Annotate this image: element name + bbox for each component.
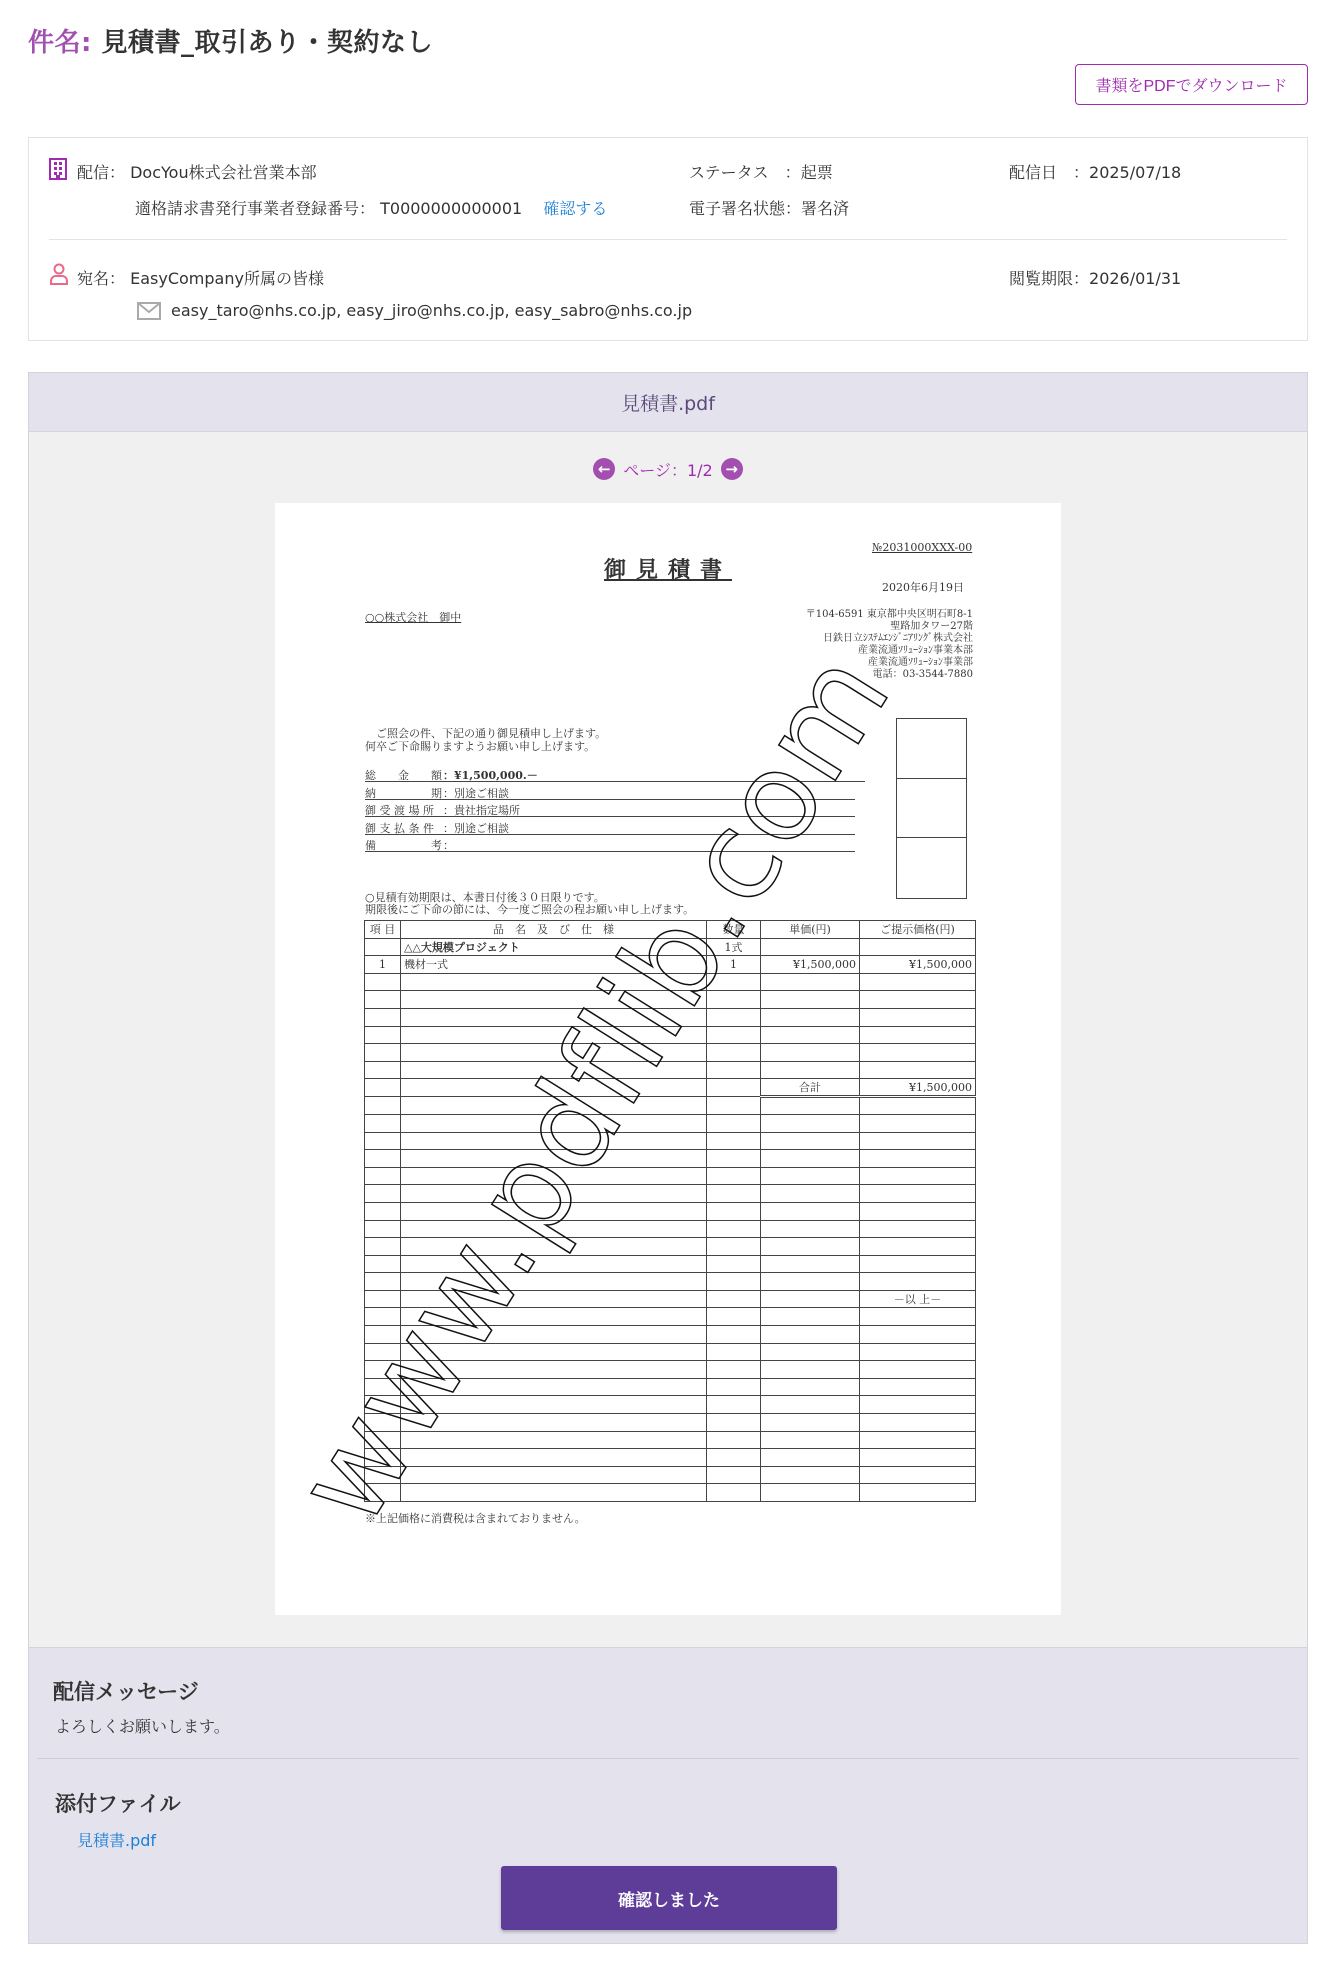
table-cell (761, 1449, 860, 1467)
status-label: ステータス ： (689, 163, 801, 182)
table-cell (401, 1220, 707, 1238)
intro-line: ご照会の件、下記の通り御見積申し上げます。 (365, 727, 606, 740)
table-row (365, 1396, 976, 1414)
esign-row: 電子署名状態：署名済 (689, 196, 849, 219)
table-cell (761, 973, 860, 991)
table-row (365, 1167, 976, 1185)
table-cell (707, 1449, 761, 1467)
table-cell (365, 1185, 401, 1203)
table-cell (860, 1167, 976, 1185)
table-cell (365, 1008, 401, 1026)
table-cell (860, 1308, 976, 1326)
table-cell (860, 1466, 976, 1484)
table-cell (365, 938, 401, 956)
table-row (365, 1326, 976, 1344)
table-cell (707, 1378, 761, 1396)
table-cell (761, 1361, 860, 1379)
table-cell (860, 1273, 976, 1291)
table-cell: △△大規模プロジェクト (401, 938, 707, 956)
download-pdf-button[interactable]: 書類をPDFでダウンロード (1075, 64, 1308, 105)
table-cell (707, 1026, 761, 1044)
table-cell (761, 1008, 860, 1026)
table-cell (365, 1484, 401, 1502)
table-cell (761, 1326, 860, 1344)
table-cell (365, 1414, 401, 1432)
table-cell (707, 1343, 761, 1361)
table-cell (860, 1132, 976, 1150)
table-cell (365, 1290, 401, 1308)
table-cell (365, 1308, 401, 1326)
delivery-info-card: 配信： DocYou株式会社営業本部 適格請求書発行事業者登録番号： T0000… (28, 137, 1308, 341)
table-row (365, 1114, 976, 1132)
table-cell (860, 1431, 976, 1449)
doc-addressee: ○○株式会社 御中 (365, 609, 461, 625)
delivery-date-value: 2025/07/18 (1089, 163, 1181, 182)
sender-label: 配信： (77, 163, 125, 182)
table-cell (860, 1326, 976, 1344)
table-cell (761, 1255, 860, 1273)
invoice-registration-row: 適格請求書発行事業者登録番号： T0000000000001 確認する (135, 196, 607, 219)
table-cell (761, 1185, 860, 1203)
table-cell (401, 1202, 707, 1220)
table-cell (761, 1026, 860, 1044)
issuer-line: 産業流通ｿﾘｭｰｼｮﾝ事業部 (806, 657, 973, 669)
table-cell (707, 1061, 761, 1079)
issuer-line: 〒104-6591 東京都中央区明石町8-1 (806, 609, 973, 621)
table-cell (860, 1026, 976, 1044)
term-underline (365, 834, 855, 835)
table-cell (707, 973, 761, 991)
table-cell (401, 1449, 707, 1467)
table-row (365, 1414, 976, 1432)
doc-date: 2020年6月19日 (882, 579, 964, 595)
table-cell (860, 1008, 976, 1026)
table-cell (761, 1097, 860, 1115)
prev-page-icon[interactable]: ← (593, 458, 615, 480)
table-cell: 1式 (707, 938, 761, 956)
building-icon (49, 158, 67, 180)
table-cell (761, 1396, 860, 1414)
table-cell (401, 973, 707, 991)
table-cell (761, 1343, 860, 1361)
page-title: 件名: 見積書_取引あり・契約なし (28, 22, 433, 59)
table-cell (761, 1466, 860, 1484)
table-row (365, 1343, 976, 1361)
confirm-button[interactable]: 確認しました (501, 1866, 837, 1930)
table-row (365, 1273, 976, 1291)
table-cell: 項 目 (365, 921, 401, 939)
esign-label: 電子署名状態： (689, 199, 801, 218)
table-cell: －以 上－ (860, 1290, 976, 1308)
table-cell (365, 1466, 401, 1484)
validity-text: ○見積有効期限は、本書日付後３０日限りです。期限後にご下命の節には、今一度ご照会… (365, 892, 694, 916)
intro-text: ご照会の件、下記の通り御見積申し上げます。何卒ご下命賜りますようお願い申し上げま… (365, 727, 606, 753)
table-row (365, 1484, 976, 1502)
table-cell (365, 1361, 401, 1379)
table-row (365, 973, 976, 991)
table-cell (401, 1273, 707, 1291)
table-cell (401, 1484, 707, 1502)
table-cell (761, 1431, 860, 1449)
table-cell (365, 1238, 401, 1256)
table-cell (707, 1238, 761, 1256)
table-cell (707, 1167, 761, 1185)
table-cell (860, 1414, 976, 1432)
table-cell (860, 1044, 976, 1062)
issuer-line: 日鉄日立ｼｽﾃﾑｴﾝｼﾞﾆｱﾘﾝｸﾞ株式会社 (806, 633, 973, 645)
table-cell (365, 1378, 401, 1396)
view-limit-label: 閲覧期限： (1009, 269, 1089, 288)
table-row (365, 1185, 976, 1203)
table-cell (365, 1202, 401, 1220)
table-cell (707, 1097, 761, 1115)
table-cell (365, 1150, 401, 1168)
table-cell (707, 1326, 761, 1344)
recipient-name: EasyCompany所属の皆様 (130, 269, 324, 288)
table-cell (401, 1378, 707, 1396)
table-row (365, 1255, 976, 1273)
message-body: よろしくお願いします。 (55, 1714, 230, 1737)
table-cell (707, 1114, 761, 1132)
table-cell: 1 (365, 956, 401, 974)
table-cell (401, 1097, 707, 1115)
sender-name: DocYou株式会社営業本部 (130, 163, 317, 182)
table-cell: 1 (707, 956, 761, 974)
status-value: 起票 (801, 163, 833, 182)
next-page-icon[interactable]: → (721, 458, 743, 480)
delivery-date-row: 配信日 ：2025/07/18 (1009, 160, 1181, 183)
pdf-viewer: 見積書.pdf ← ページ：1/2 → №2031000XXX-00 御見積書 … (28, 372, 1308, 1944)
table-cell (761, 1273, 860, 1291)
page-indicator: ページ：1/2 (623, 458, 712, 481)
table-cell (761, 1061, 860, 1079)
table-cell (707, 1202, 761, 1220)
table-cell (401, 1414, 707, 1432)
table-cell (401, 1238, 707, 1256)
doc-title: 御見積書 (604, 553, 732, 584)
table-cell (365, 1044, 401, 1062)
table-cell (401, 1167, 707, 1185)
table-cell (761, 1220, 860, 1238)
table-cell (761, 1290, 860, 1308)
table-row (365, 1132, 976, 1150)
table-cell (401, 1326, 707, 1344)
table-row: 合計¥1,500,000 (365, 1079, 976, 1097)
esign-value: 署名済 (801, 199, 849, 218)
table-cell (365, 973, 401, 991)
table-cell (401, 1150, 707, 1168)
table-row (365, 1044, 976, 1062)
tax-note: ※上記価格に消費税は含まれておりません。 (365, 1510, 586, 1526)
term-underline (365, 851, 855, 852)
table-cell: 数量 (707, 921, 761, 939)
table-row (365, 1431, 976, 1449)
table-cell (761, 1044, 860, 1062)
doc-number: №2031000XXX-00 (872, 541, 972, 554)
table-row (365, 1220, 976, 1238)
person-icon (49, 263, 69, 285)
table-cell (401, 1308, 707, 1326)
delivery-date-label: 配信日 ： (1009, 163, 1089, 182)
status-row: ステータス ：起票 (689, 160, 833, 183)
attachments-title: 添付ファイル (55, 1788, 181, 1818)
table-cell (401, 1079, 707, 1097)
table-cell (365, 1396, 401, 1414)
table-row (365, 1150, 976, 1168)
table-cell (707, 1185, 761, 1203)
table-cell: ¥1,500,000 (860, 956, 976, 974)
mail-icon (137, 302, 161, 320)
table-cell (365, 1026, 401, 1044)
table-row: －以 上－ (365, 1290, 976, 1308)
intro-line: 何卒ご下命賜りますようお願い申し上げます。 (365, 740, 606, 753)
table-cell (860, 973, 976, 991)
table-cell (707, 1044, 761, 1062)
table-cell (860, 1061, 976, 1079)
table-row: 1機材一式1¥1,500,000¥1,500,000 (365, 956, 976, 974)
invoice-reg-label: 適格請求書発行事業者登録番号： (135, 199, 375, 218)
table-cell (365, 1167, 401, 1185)
table-cell (860, 1343, 976, 1361)
table-cell (860, 1449, 976, 1467)
table-cell: ご提示価格(円) (860, 921, 976, 939)
table-row (365, 1026, 976, 1044)
recipient-row: 宛名： EasyCompany所属の皆様 (77, 266, 324, 289)
table-cell (761, 991, 860, 1009)
items-table: 項 目品 名 及 び 仕 様数量単価(円)ご提示価格(円)△△大規模プロジェクト… (364, 920, 976, 1502)
table-cell (401, 1290, 707, 1308)
table-cell (365, 1061, 401, 1079)
table-cell (707, 991, 761, 1009)
table-cell (761, 1202, 860, 1220)
table-cell (401, 1185, 707, 1203)
table-cell (860, 1150, 976, 1168)
table-cell (365, 1255, 401, 1273)
message-title: 配信メッセージ (53, 1676, 199, 1706)
recipient-label: 宛名： (77, 269, 125, 288)
table-cell (860, 1238, 976, 1256)
table-cell (860, 1255, 976, 1273)
table-row (365, 1308, 976, 1326)
table-cell (860, 1220, 976, 1238)
table-row: △△大規模プロジェクト1式 (365, 938, 976, 956)
table-row (365, 1008, 976, 1026)
issuer-line: 聖路加タワー27階 (806, 621, 973, 633)
table-cell (707, 1132, 761, 1150)
table-cell (401, 1255, 707, 1273)
table-row (365, 991, 976, 1009)
table-cell (707, 1150, 761, 1168)
subject-label: 件名: (28, 28, 92, 58)
table-cell (761, 1132, 860, 1150)
approval-stamp-boxes (896, 718, 967, 899)
table-cell (365, 1431, 401, 1449)
table-cell (761, 1308, 860, 1326)
table-cell (860, 1202, 976, 1220)
table-cell (707, 1308, 761, 1326)
table-cell: ¥1,500,000 (761, 956, 860, 974)
table-cell (707, 1290, 761, 1308)
table-row (365, 1097, 976, 1115)
table-cell (860, 1097, 976, 1115)
table-cell (707, 1414, 761, 1432)
table-cell (401, 1008, 707, 1026)
table-cell (860, 1378, 976, 1396)
sender-row: 配信： DocYou株式会社営業本部 (77, 160, 317, 183)
table-cell (860, 1114, 976, 1132)
table-row (365, 1378, 976, 1396)
table-cell (365, 1343, 401, 1361)
verify-link[interactable]: 確認する (543, 199, 607, 218)
table-cell (860, 1361, 976, 1379)
table-row: 項 目品 名 及 び 仕 様数量単価(円)ご提示価格(円) (365, 921, 976, 939)
table-cell (365, 1132, 401, 1150)
table-row (365, 1361, 976, 1379)
table-cell (365, 991, 401, 1009)
table-cell (365, 1097, 401, 1115)
table-cell (761, 1484, 860, 1502)
table-cell (761, 1150, 860, 1168)
table-cell (365, 1273, 401, 1291)
table-cell (401, 1343, 707, 1361)
attachment-link[interactable]: 見積書.pdf (77, 1828, 156, 1851)
table-cell: 単価(円) (761, 921, 860, 939)
message-panel: 配信メッセージ よろしくお願いします。 添付ファイル 見積書.pdf 確認しまし… (29, 1647, 1307, 1943)
table-row (365, 1449, 976, 1467)
issuer-line: 電話：03-3544-7880 (806, 669, 973, 681)
table-cell (401, 1466, 707, 1484)
table-cell (401, 1132, 707, 1150)
term-underline (365, 816, 855, 817)
table-cell: 機材一式 (401, 956, 707, 974)
table-cell (761, 1238, 860, 1256)
table-cell (707, 1273, 761, 1291)
table-cell (707, 1466, 761, 1484)
table-cell (761, 1414, 860, 1432)
table-cell (707, 1361, 761, 1379)
table-cell (707, 1220, 761, 1238)
page-navigator: ← ページ：1/2 → (29, 457, 1307, 481)
info-divider (49, 239, 1287, 240)
table-cell (365, 1114, 401, 1132)
term-underline (365, 781, 865, 782)
table-cell: 品 名 及 び 仕 様 (401, 921, 707, 939)
table-cell (707, 1079, 761, 1097)
table-cell (401, 1431, 707, 1449)
table-cell (365, 1449, 401, 1467)
table-cell (401, 1044, 707, 1062)
table-cell: 合計 (761, 1079, 860, 1097)
viewer-file-name: 見積書.pdf (29, 373, 1307, 432)
subject-title: 見積書_取引あり・契約なし (101, 28, 433, 58)
table-cell (365, 1326, 401, 1344)
table-cell: ¥1,500,000 (860, 1079, 976, 1097)
view-limit-row: 閲覧期限：2026/01/31 (1009, 266, 1181, 289)
table-cell (401, 991, 707, 1009)
table-cell (707, 1255, 761, 1273)
issuer-block: 〒104-6591 東京都中央区明石町8-1聖路加タワー27階日鉄日立ｼｽﾃﾑｴ… (806, 609, 973, 681)
table-cell (401, 1396, 707, 1414)
table-cell (401, 1026, 707, 1044)
table-cell (707, 1431, 761, 1449)
table-cell (761, 1167, 860, 1185)
table-cell (860, 1185, 976, 1203)
table-row (365, 1202, 976, 1220)
table-cell (860, 1396, 976, 1414)
table-cell (707, 1484, 761, 1502)
validity-line: 期限後にご下命の節には、今一度ご照会の程お願い申し上げます。 (365, 904, 694, 916)
issuer-line: 産業流通ｿﾘｭｰｼｮﾝ事業本部 (806, 645, 973, 657)
table-cell (401, 1061, 707, 1079)
table-cell (365, 1079, 401, 1097)
table-cell (860, 938, 976, 956)
view-limit-value: 2026/01/31 (1089, 269, 1181, 288)
invoice-reg-number: T0000000000001 (380, 199, 522, 218)
table-cell (401, 1361, 707, 1379)
table-row (365, 1061, 976, 1079)
table-row (365, 1238, 976, 1256)
message-divider (37, 1758, 1299, 1759)
term-underline (365, 799, 855, 800)
table-cell (860, 1484, 976, 1502)
table-row (365, 1466, 976, 1484)
table-cell (761, 1378, 860, 1396)
table-cell (761, 938, 860, 956)
table-cell (365, 1220, 401, 1238)
table-cell (707, 1008, 761, 1026)
table-cell (401, 1114, 707, 1132)
table-cell (707, 1396, 761, 1414)
pdf-page: №2031000XXX-00 御見積書 2020年6月19日 ○○株式会社 御中… (275, 503, 1061, 1615)
table-cell (761, 1114, 860, 1132)
table-cell (860, 991, 976, 1009)
recipient-emails: easy_taro@nhs.co.jp, easy_jiro@nhs.co.jp… (171, 301, 692, 320)
